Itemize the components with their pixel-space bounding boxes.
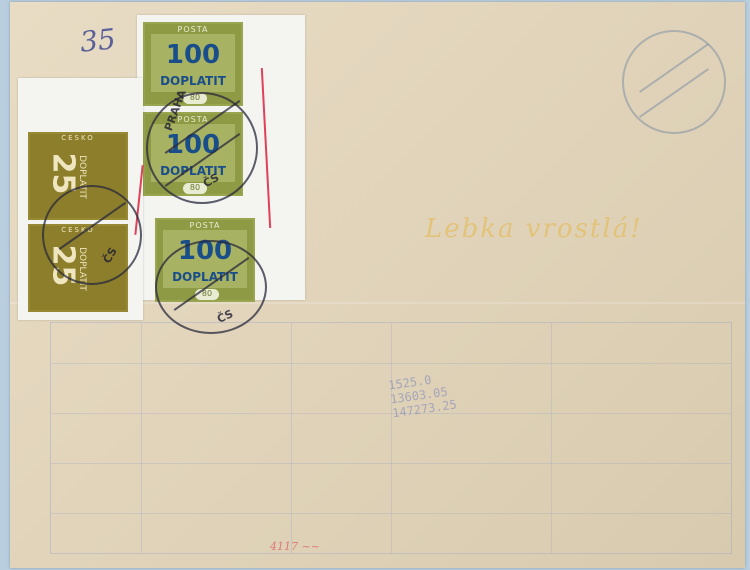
ledger-grid (50, 322, 732, 554)
postmark-praha: PRAHA ČS (146, 92, 258, 204)
yellow-pencil-note: Lebka vrostlá! (425, 214, 643, 244)
faint-postmark (622, 30, 726, 134)
postmark-praha: ČS (155, 240, 267, 334)
ledger-entries: 1525.0 13603.05 147273.25 (387, 370, 457, 421)
pencil-note: 35 (78, 22, 117, 59)
red-scribble: 4117 ~~ (270, 540, 320, 553)
postmark-small: ČS (42, 185, 142, 285)
